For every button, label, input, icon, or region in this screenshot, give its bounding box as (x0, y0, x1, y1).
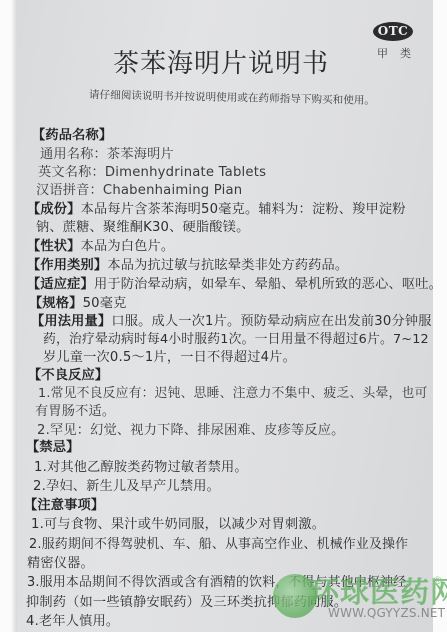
heading-ingredients: 【成份】 (27, 202, 81, 217)
category-text: 本品为抗过敏与抗眩晕类非处方药药品。 (107, 258, 348, 273)
otc-badge: OTC (373, 22, 413, 41)
precaution-item-2-line-2: 精密仪器。 (27, 555, 94, 573)
contraindication-item-2: 2.孕妇、新生儿及早产儿禁用。 (33, 478, 220, 496)
dosage-text-1: 口服。成人一次1片。预防晕动病应在出发前30分钟服 (111, 314, 431, 329)
heading-drug-name: 【药品名称】 (32, 127, 112, 145)
heading-specification: 【规格】 (29, 296, 83, 311)
specification-text: 50毫克 (83, 296, 127, 311)
contraindication-item-1: 1.对其他乙醇胺类药物过敏者禁用。 (34, 459, 248, 477)
indications-row: 【适应症】用于防治晕动病，如晕车、晕船、晕机所致的恶心、呕吐。 (27, 276, 442, 294)
ingredients-text-2: 钠、蔗糖、聚维酮K30、硬脂酸镁。 (36, 219, 249, 237)
generic-name: 通用名称：茶苯海明片 (40, 146, 174, 164)
adverse-item-1-line-2: 有胃肠不适。 (35, 403, 115, 421)
dosage-text-2: 药，治疗晕动病时每4小时服药1次。一日用量不得超过6片。7~12 (43, 331, 429, 349)
heading-dosage: 【用法用量】 (31, 314, 111, 329)
ingredients-text-1: 本品每片含茶苯海明50毫克。辅料为：淀粉、羧甲淀粉 (81, 202, 406, 217)
otc-class-label: 甲类 (377, 45, 423, 61)
precaution-item-2-line-1: 2.服药期间不得驾驶机、车、船、从事高空作业、机械作业及操作 (29, 536, 408, 554)
precaution-item-4: 4.老年人慎用。 (26, 613, 119, 631)
document-title: 茶苯海明片说明书 (113, 48, 329, 80)
pinyin-name: 汉语拼音：Chabenhaiming Pian (36, 182, 242, 200)
heading-adverse-reactions: 【不良反应】 (28, 367, 108, 385)
precaution-item-3-line-2: 抑制药（如一些镇静安眠药）及三环类抗抑郁药同服。 (26, 594, 347, 612)
ingredients-row-1: 【成份】本品每片含茶苯海明50毫克。辅料为：淀粉、羧甲淀粉 (27, 201, 406, 219)
adverse-item-1-line-1: 1.常见不良反应有：迟钝、思睡、注意力不集中、疲乏、头晕，也可 (38, 385, 428, 403)
registered-mark-icon: ® (432, 574, 443, 587)
heading-description: 【性状】 (27, 239, 81, 254)
precaution-item-3-line-1: 3.服用本品期间不得饮酒或含有酒精的饮料，不得与其他中枢神经 (27, 574, 406, 592)
precaution-item-1: 1.可与食物、果汁或牛奶同服，以减少对胃刺激。 (31, 516, 325, 534)
dosage-text-3: 岁儿童一次0.5～1片，一日不得超过4片。 (43, 349, 296, 367)
dosage-row-1: 【用法用量】口服。成人一次1片。预防晕动病应在出发前30分钟服 (31, 313, 432, 331)
specification-row: 【规格】50毫克 (29, 295, 127, 313)
adverse-item-2: 2.罕见：幻觉、视力下降、排尿困难、皮疹等反应。 (37, 422, 345, 440)
description-row: 【性状】本品为白色片。 (27, 238, 174, 256)
heading-precautions: 【注意事项】 (24, 497, 104, 515)
heading-category: 【作用类别】 (27, 258, 107, 273)
description-text: 本品为白色片。 (81, 239, 175, 254)
heading-contraindications: 【禁忌】 (26, 439, 80, 457)
heading-indications: 【适应症】 (27, 277, 94, 292)
english-name: 英文名称：Dimenhydrinate Tablets (38, 164, 266, 182)
photo-stage: OTC 甲类 茶苯海明片说明书 请仔细阅读说明书并按说明使用或在药师指导下购买和… (0, 0, 447, 632)
category-row: 【作用类别】本品为抗过敏与抗眩晕类非处方药药品。 (27, 257, 348, 275)
indications-text: 用于防治晕动病，如晕车、晕船、晕机所致的恶心、呕吐。 (94, 277, 442, 292)
